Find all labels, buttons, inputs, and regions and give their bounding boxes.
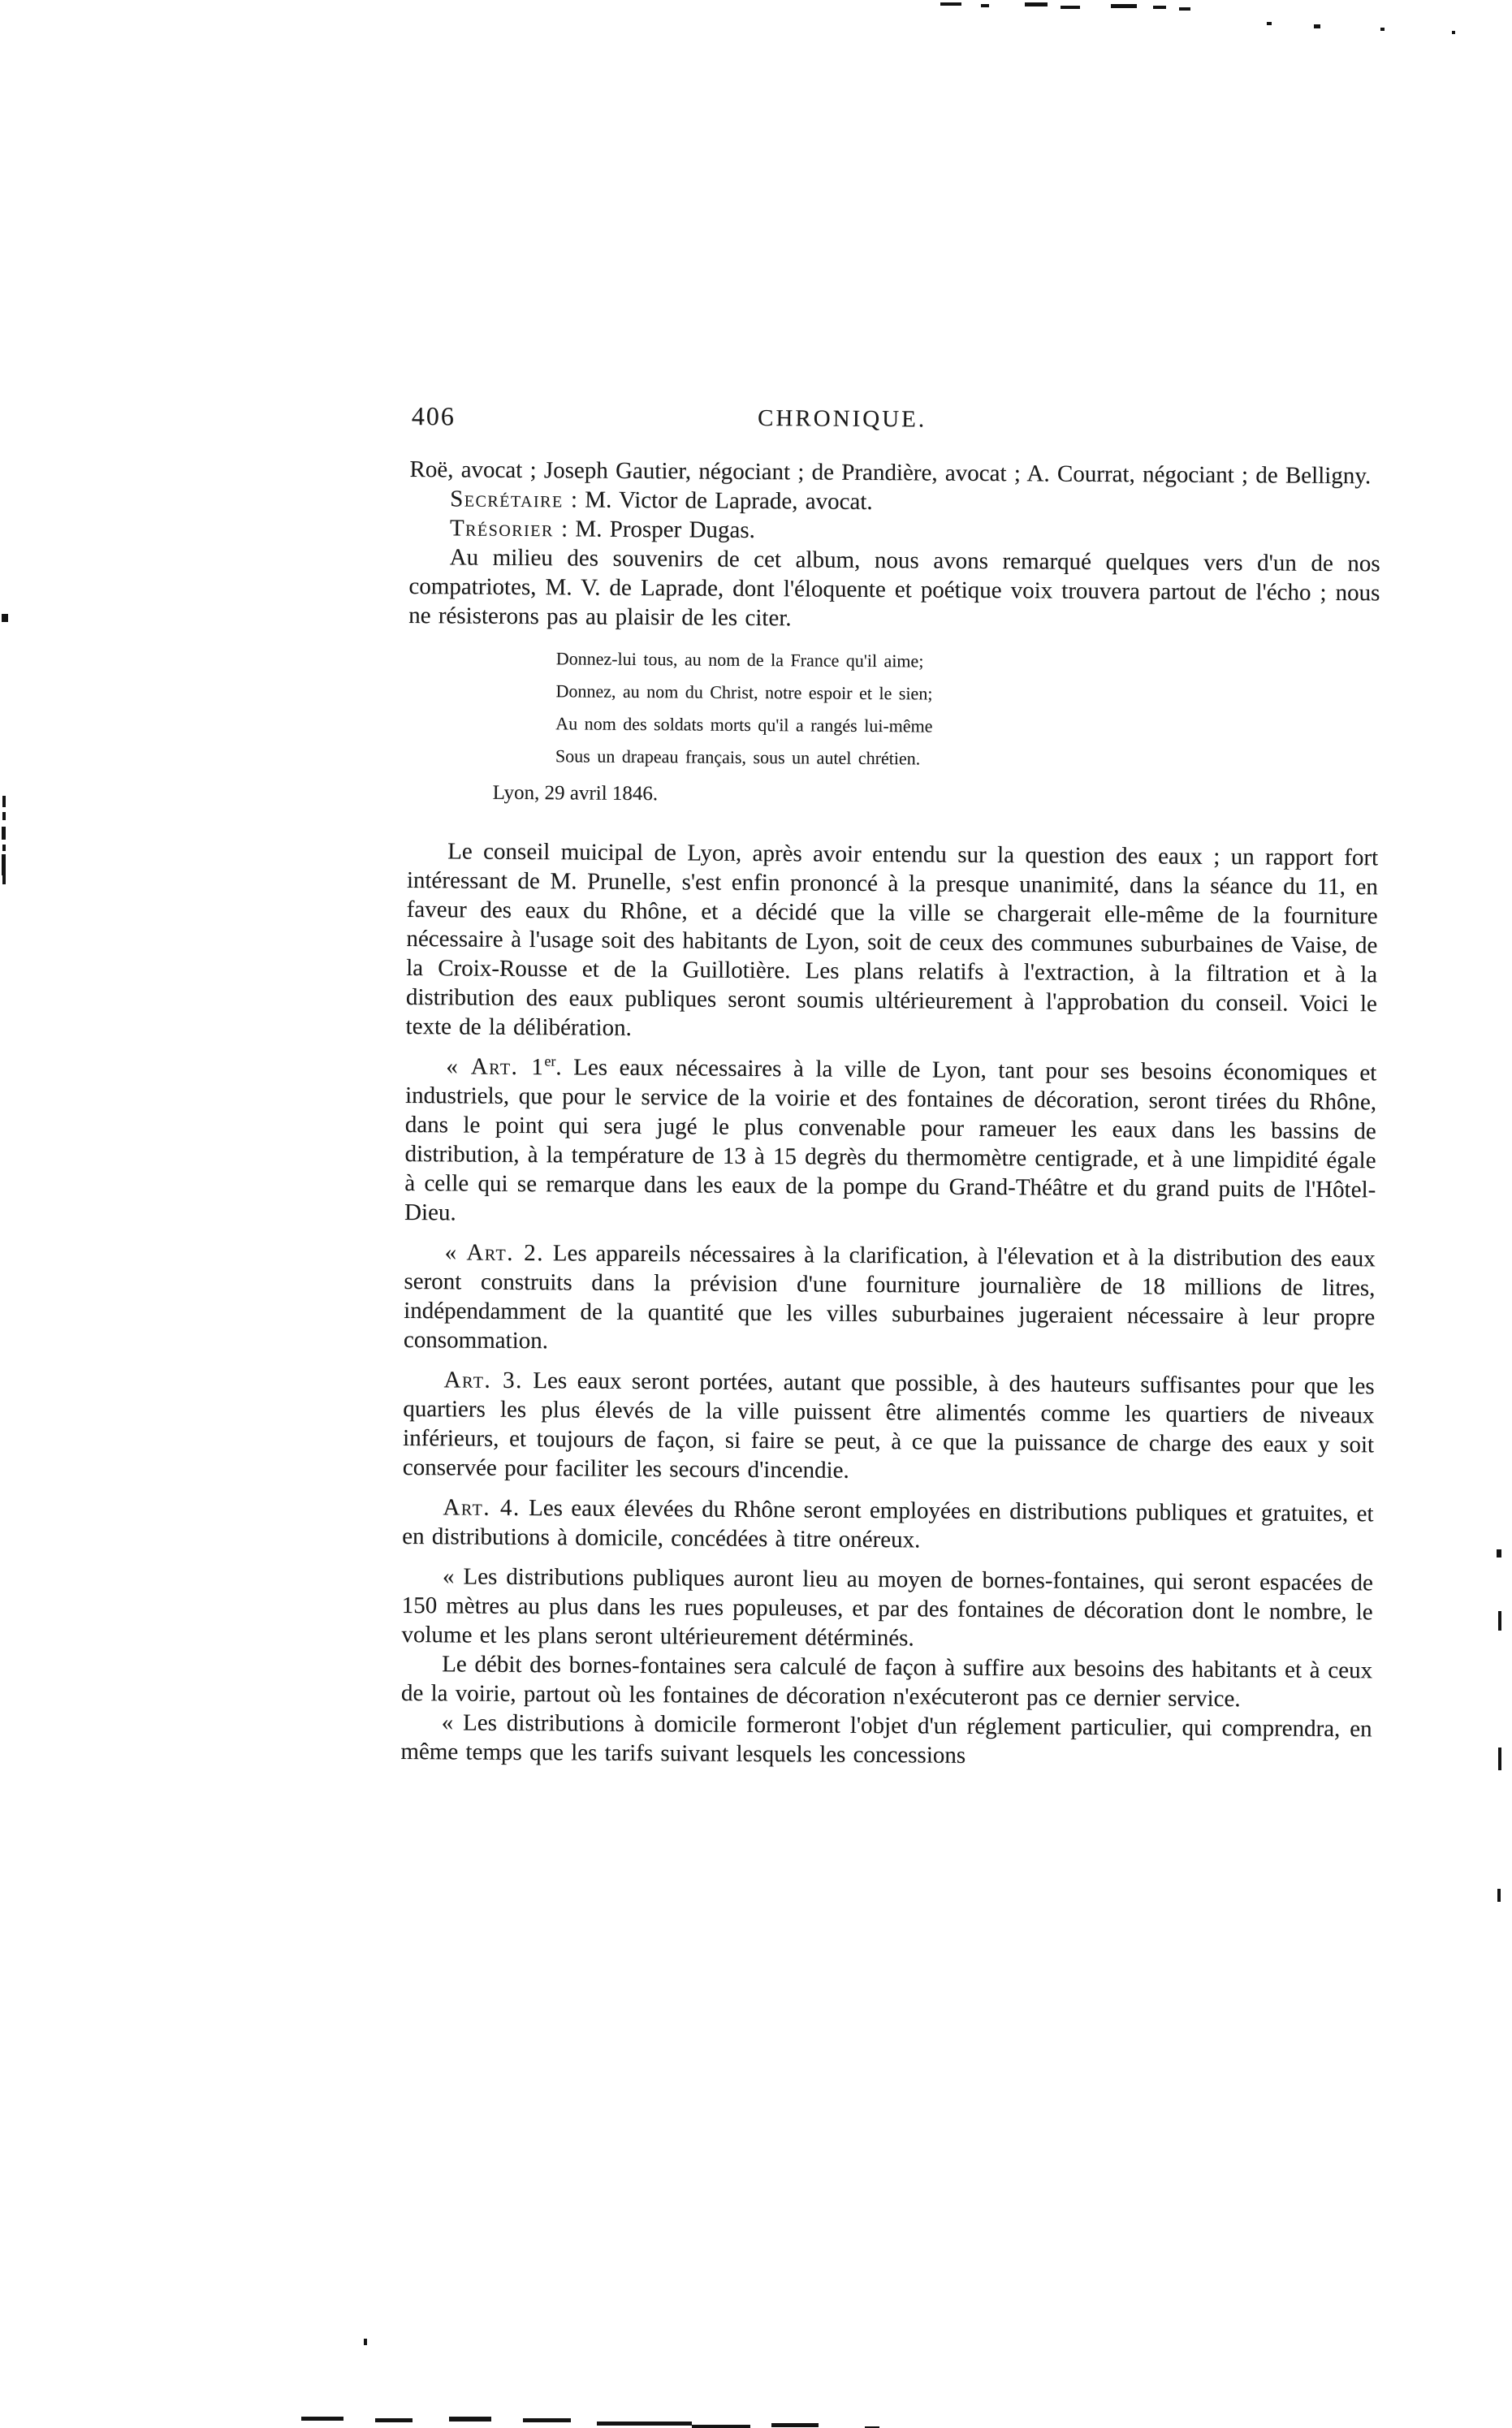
scan-mark [375,2418,413,2422]
officer-title: Trésorier [450,515,554,542]
scan-mark [1179,7,1190,11]
article-label: « Art. 2. [445,1239,545,1266]
scan-mark [1061,6,1080,9]
text-column: 406 CHRONIQUE. Roë, avocat ; Joseph Gaut… [400,401,1381,1773]
scan-mark [1498,1611,1501,1631]
scan-mark [301,2417,343,2421]
scan-mark [1497,1889,1501,1902]
scan-mark [1111,4,1137,8]
scan-mark [771,2423,819,2427]
scan-mark [1153,6,1166,9]
scan-mark [2,827,6,840]
officer-name: : M. Prosper Dugas. [554,516,755,543]
scan-mark [364,2339,367,2345]
ordinal-superscript: er [544,1053,555,1069]
paragraph-article-1: « Art. 1er. Les eaux nécessaires à la vi… [404,1052,1376,1233]
scan-mark [2,796,6,807]
scan-mark [692,2425,750,2428]
paragraph-debit: Le débit des bornes-fontaines sera calcu… [401,1649,1372,1714]
scan-mark [1497,1549,1501,1557]
article-text: Les eaux seront portées, autant que poss… [403,1367,1375,1484]
article-label: Art. 4. [443,1494,520,1521]
scan-mark [981,4,989,7]
scan-mark [940,2,961,6]
scan-mark [2,863,6,884]
page-number: 406 [412,401,456,431]
officer-name: : M. Victor de Laprade, avocat. [564,486,873,515]
article-label: Art. 3. [443,1367,523,1393]
verse-line: Au nom des soldats morts qu'il a rangés … [555,707,1379,745]
scan-mark [1380,28,1385,31]
paragraph-article-3: Art. 3. Les eaux seront portées, autant … [403,1365,1375,1488]
paragraph-album: Au milieu des souvenirs de cet album, no… [408,542,1380,637]
dateline: Lyon, 29 avril 1846. [492,777,1378,816]
scan-mark [1314,24,1320,28]
scanned-page: 406 CHRONIQUE. Roë, avocat ; Joseph Gaut… [0,0,1512,2428]
scan-mark [2,812,6,820]
scan-mark [597,2422,692,2426]
scan-mark [523,2418,571,2422]
scan-mark [2,614,8,622]
paragraph-article-4: Art. 4. Les eaux élevées du Rhône seront… [402,1493,1373,1557]
article-text: Les eaux élevées du Rhône seront employé… [402,1495,1373,1553]
scan-mark [449,2417,491,2422]
scan-mark [1267,22,1272,25]
paragraph-bornes: « Les distributions publiques auront lie… [401,1562,1373,1656]
paragraph-domicile: « Les distributions à domicile formeront… [400,1708,1372,1773]
verse-line: Donnez-lui tous, au nom de la France qu'… [556,642,1380,680]
scan-mark [1498,1748,1501,1770]
officer-title: Secrétaire [450,486,564,512]
scan-mark [2,845,6,851]
article-text: Les eaux nécessaires à la ville de Lyon,… [404,1054,1376,1225]
verse-line: Donnez, au nom du Christ, notre espoir e… [555,675,1379,713]
article-label: « Art. 1 [446,1053,544,1080]
verse-block: Donnez-lui tous, au nom de la France qu'… [555,642,1380,778]
scan-mark [1025,2,1048,6]
running-title: CHRONIQUE. [758,405,927,433]
scan-mark [1452,31,1455,34]
page-header: 406 CHRONIQUE. [410,401,1381,442]
paragraph-council: Le conseil muicipal de Lyon, après avoir… [405,836,1378,1048]
verse-line: Sous un drapeau français, sous un autel … [555,740,1379,778]
article-text: Les appareils nécessaires à la clarifica… [404,1240,1376,1354]
paragraph-article-2: « Art. 2. Les appareils nécessaires à la… [404,1238,1376,1361]
